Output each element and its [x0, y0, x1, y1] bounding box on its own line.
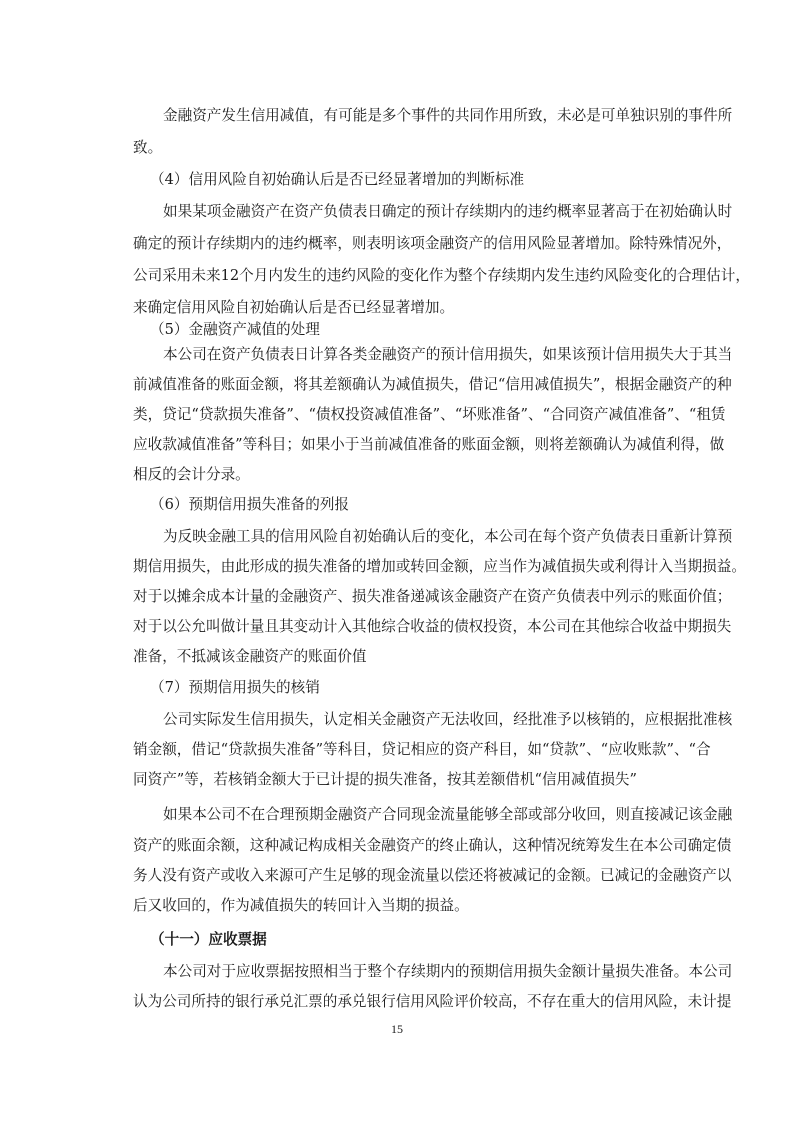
paragraph-line: 类，贷记“贷款损失准备”、“债权投资减值准备”、“坏账准备”、“合同资产减值准备…	[133, 405, 695, 425]
paragraph-line: 本公司对于应收票据按照相当于整个存续期内的预期信用损失金额计量损失准备。本公司	[163, 962, 695, 982]
section-heading: （十一）应收票据	[150, 930, 267, 950]
paragraph-line: 应收款减值准备”等科目；如果小于当前减值准备的账面金额，则将差额确认为减值利得，…	[133, 435, 695, 455]
paragraph-line: 准备，不抵减该金融资产的账面价值	[133, 647, 695, 667]
paragraph-line: 本公司在资产负债表日计算各类金融资产的预计信用损失，如果该预计信用损失大于其当	[163, 345, 695, 365]
paragraph-line: 相反的会计分录。	[133, 465, 695, 485]
paragraph-line: 如果本公司不在合理预期金融资产合同现金流量能够全部或部分收回，则直接减记该金融	[163, 805, 695, 825]
section-heading: （5）金融资产减值的处理	[150, 320, 320, 340]
paragraph-line: 期信用损失，由此形成的损失准备的增加或转回金额，应当作为减值损失或利得计入当期损…	[133, 557, 695, 577]
paragraph-line: 对于以摊余成本计量的金融资产、损失准备递减该金融资产在资产负债表中列示的账面价值…	[133, 587, 695, 607]
paragraph-line: 公司采用未来12个月内发生的违约风险的变化作为整个存续期内发生违约风险变化的合理…	[133, 266, 695, 286]
paragraph-line: 销金额，借记“贷款损失准备”等科目，贷记相应的资产科目，如“贷款”、“应收账款”…	[133, 740, 695, 760]
paragraph-line: 后又收回的，作为减值损失的转回计入当期的损益。	[133, 896, 695, 916]
paragraph-line: 资产的账面余额，这种减记构成相关金融资产的终止确认，这种情况统筹发生在本公司确定…	[133, 836, 695, 856]
page-number: 15	[0, 1022, 794, 1037]
paragraph-line: 务人没有资产或收入来源可产生足够的现金流量以偿还将被减记的金额。已减记的金融资产…	[133, 866, 695, 886]
paragraph-line: 如果某项金融资产在资产负债表日确定的预计存续期内的违约概率显著高于在初始确认时	[163, 202, 695, 222]
paragraph-line: 同资产”等，若核销金额大于已计提的损失准备，按其差额借机“信用减值损失”	[133, 770, 695, 790]
paragraph-line: 为反映金融工具的信用风险自初始确认后的变化，本公司在每个资产负债表日重新计算预	[163, 527, 695, 547]
document-page: 金融资产发生信用减值，有可能是多个事件的共同作用所致，未必是可单独识别的事件所致…	[0, 0, 794, 1122]
paragraph-line: 前减值准备的账面金额，将其差额确认为减值损失，借记“信用减值损失”，根据金融资产…	[133, 375, 695, 395]
paragraph-line: 确定的预计存续期内的违约概率，则表明该项金融资产的信用风险显著增加。除特殊情况外…	[133, 234, 695, 254]
paragraph-line: 来确定信用风险自初始确认后是否已经显著增加。	[133, 298, 695, 318]
paragraph-line: 公司实际发生信用损失，认定相关金融资产无法收回，经批准予以核销的，应根据批准核	[163, 710, 695, 730]
section-heading: （6）预期信用损失准备的列报	[150, 495, 349, 515]
paragraph-line: 认为公司所持的银行承兑汇票的承兑银行信用风险评价较高，不存在重大的信用风险，未计…	[133, 992, 695, 1012]
section-heading: （7）预期信用损失的核销	[150, 678, 320, 698]
paragraph-line: 金融资产发生信用减值，有可能是多个事件的共同作用所致，未必是可单独识别的事件所	[163, 106, 695, 126]
paragraph-line: 致。	[133, 138, 695, 158]
paragraph-line: 对于以公允叫做计量且其变动计入其他综合收益的债权投资，本公司在其他综合收益中期损…	[133, 617, 695, 637]
section-heading: （4）信用风险自初始确认后是否已经显著增加的判断标准	[150, 170, 524, 190]
